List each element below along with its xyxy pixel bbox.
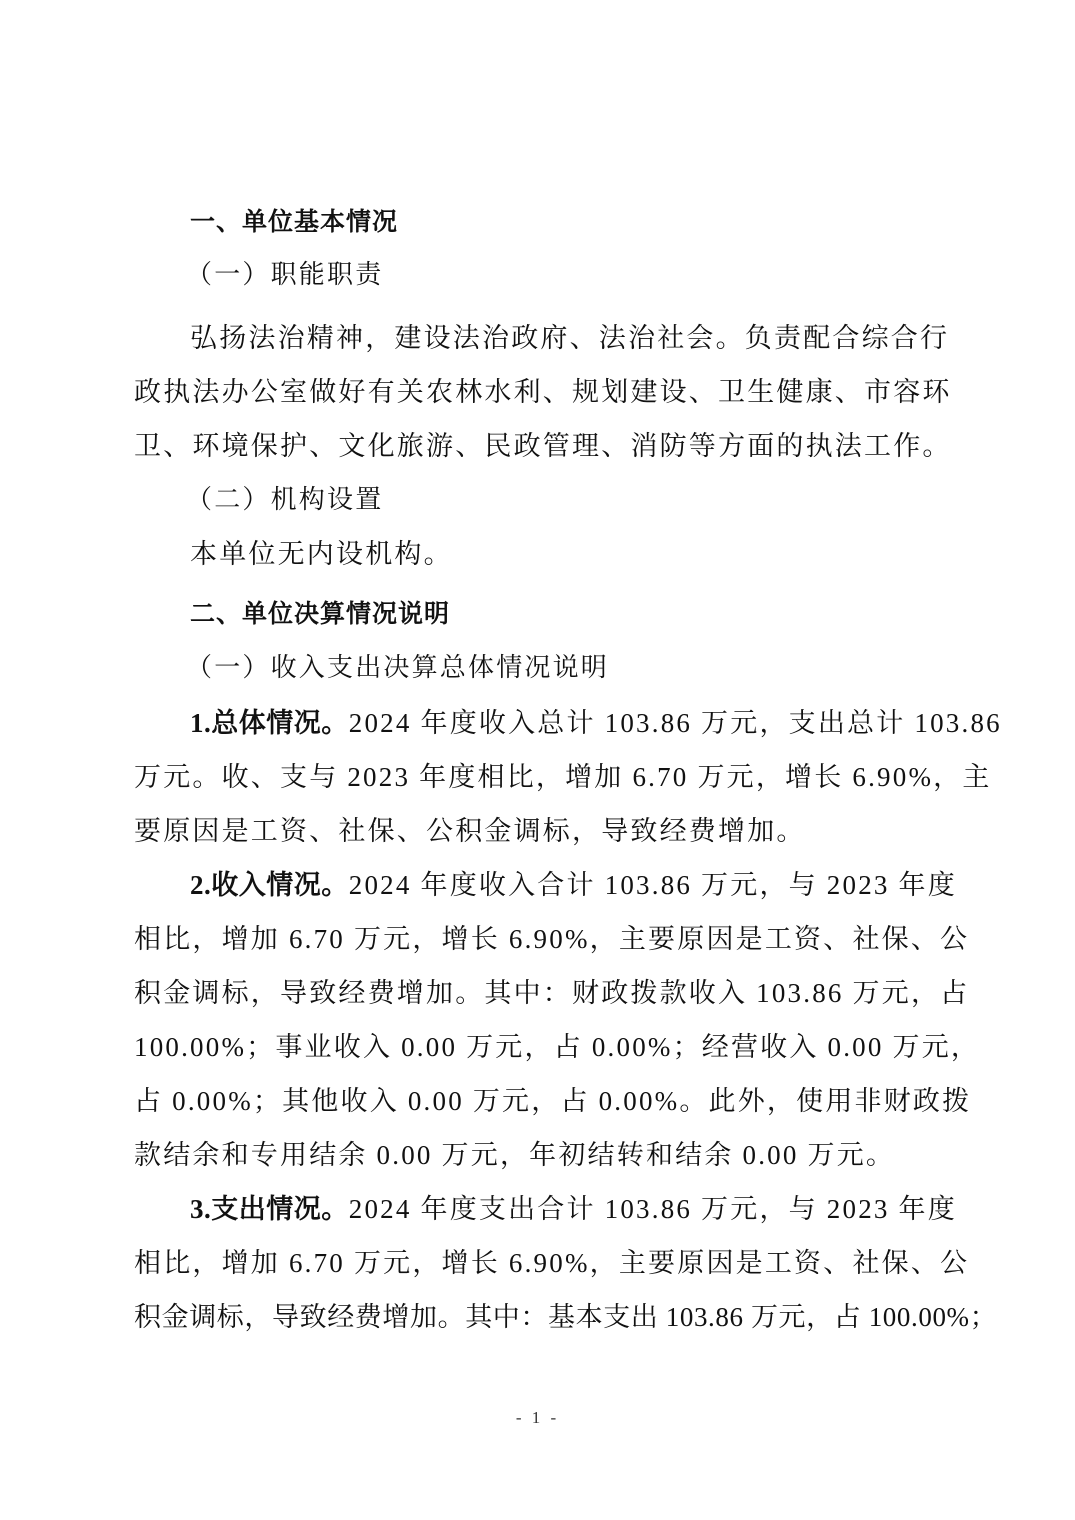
paragraph-line: 100.00%；事业收入 0.00 万元，占 0.00%；经营收入 0.00 万… <box>134 1031 946 1063</box>
section-heading-unit-basic-info: 一、单位基本情况 <box>190 206 946 238</box>
paragraph-line: 1.总体情况。2024 年度收入总计 103.86 万元，支出总计 103.86 <box>190 707 946 739</box>
paragraph-line: 相比，增加 6.70 万元，增长 6.90%，主要原因是工资、社保、公 <box>134 1247 946 1279</box>
paragraph-line: 积金调标，导致经费增加。其中：基本支出 103.86 万元，占 100.00%； <box>134 1301 946 1333</box>
item-label-income: 2.收入情况。 <box>190 870 349 900</box>
paragraph-line: 弘扬法治精神，建设法治政府、法治社会。负责配合综合行 <box>190 322 946 354</box>
paragraph-line: 万元。收、支与 2023 年度相比，增加 6.70 万元，增长 6.90%，主 <box>134 761 946 793</box>
paragraph-line: 款结余和专用结余 0.00 万元，年初结转和结余 0.00 万元。 <box>134 1139 946 1171</box>
item-text: 2024 年度收入合计 103.86 万元，与 2023 年度 <box>349 870 957 900</box>
item-label-expenditure: 3.支出情况。 <box>190 1194 349 1224</box>
paragraph-line: 本单位无内设机构。 <box>190 538 946 570</box>
paragraph-line: 要原因是工资、社保、公积金调标，导致经费增加。 <box>134 815 946 847</box>
section-heading-final-accounts: 二、单位决算情况说明 <box>190 598 946 630</box>
subsection-heading-duties: （一）职能职责 <box>186 259 942 291</box>
paragraph-line: 卫、环境保护、文化旅游、民政管理、消防等方面的执法工作。 <box>134 430 946 462</box>
document-page: 一、单位基本情况 （一）职能职责 弘扬法治精神，建设法治政府、法治社会。负责配合… <box>0 0 1075 1520</box>
paragraph-line: 3.支出情况。2024 年度支出合计 103.86 万元，与 2023 年度 <box>190 1193 946 1225</box>
paragraph-line: 2.收入情况。2024 年度收入合计 103.86 万元，与 2023 年度 <box>190 869 946 901</box>
item-text: 2024 年度支出合计 103.86 万元，与 2023 年度 <box>349 1194 957 1224</box>
subsection-heading-organization: （二）机构设置 <box>186 484 942 516</box>
paragraph-line: 政执法办公室做好有关农林水利、规划建设、卫生健康、市容环 <box>134 376 946 408</box>
subsection-heading-income-expense-overview: （一）收入支出决算总体情况说明 <box>186 652 942 684</box>
page-number: - 1 - <box>0 1408 1075 1428</box>
item-label-overall: 1.总体情况。 <box>190 708 349 738</box>
item-text: 2024 年度收入总计 103.86 万元，支出总计 103.86 <box>349 708 1002 738</box>
paragraph-line: 相比，增加 6.70 万元，增长 6.90%，主要原因是工资、社保、公 <box>134 923 946 955</box>
paragraph-line: 积金调标，导致经费增加。其中：财政拨款收入 103.86 万元，占 <box>134 977 946 1009</box>
paragraph-line: 占 0.00%；其他收入 0.00 万元，占 0.00%。此外，使用非财政拨 <box>134 1085 946 1117</box>
